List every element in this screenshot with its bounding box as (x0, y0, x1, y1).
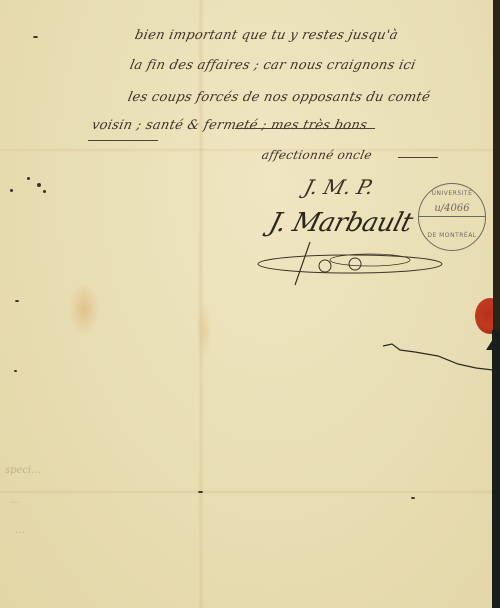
letter-closing: affectionné oncle (261, 148, 374, 162)
signature-initials: J. M. P. (302, 175, 377, 199)
horizontal-fold-crease-upper (0, 148, 493, 152)
library-stamp: UNIVERSITÉ u/4066 DE MONTRÉAL (418, 183, 486, 251)
letter-line-4: voisin ; santé & fermeté ; mes très bons (90, 118, 368, 133)
paper-tear (380, 340, 493, 380)
bleed-through-text: speci... (5, 465, 41, 476)
stamp-number: u/4066 (419, 203, 485, 214)
signature: J. Marbault (266, 208, 416, 238)
ink-rule-line (88, 140, 158, 141)
bleed-through-text: ... (10, 495, 20, 506)
background-edge (492, 330, 500, 608)
stamp-divider (419, 216, 485, 217)
letter-line-2: la fin des affaires ; car nous craignons… (128, 58, 417, 73)
closing-dash (398, 157, 438, 158)
bleed-through-text: ... (15, 525, 25, 536)
signature-flourish (250, 240, 450, 290)
letter-line-3: les coups forcés de nos opposants du com… (126, 90, 431, 105)
letter-page: bien important que tu y restes jusqu'à l… (0, 0, 493, 608)
foxing-stain (68, 282, 100, 336)
horizontal-fold-crease (0, 490, 493, 494)
stamp-bottom-text: DE MONTRÉAL (419, 232, 485, 239)
letter-line-1: bien important que tu y restes jusqu'à (133, 28, 399, 43)
stamp-top-text: UNIVERSITÉ (419, 190, 485, 197)
foxing-stain (196, 300, 212, 360)
ink-rule-line (235, 128, 375, 129)
